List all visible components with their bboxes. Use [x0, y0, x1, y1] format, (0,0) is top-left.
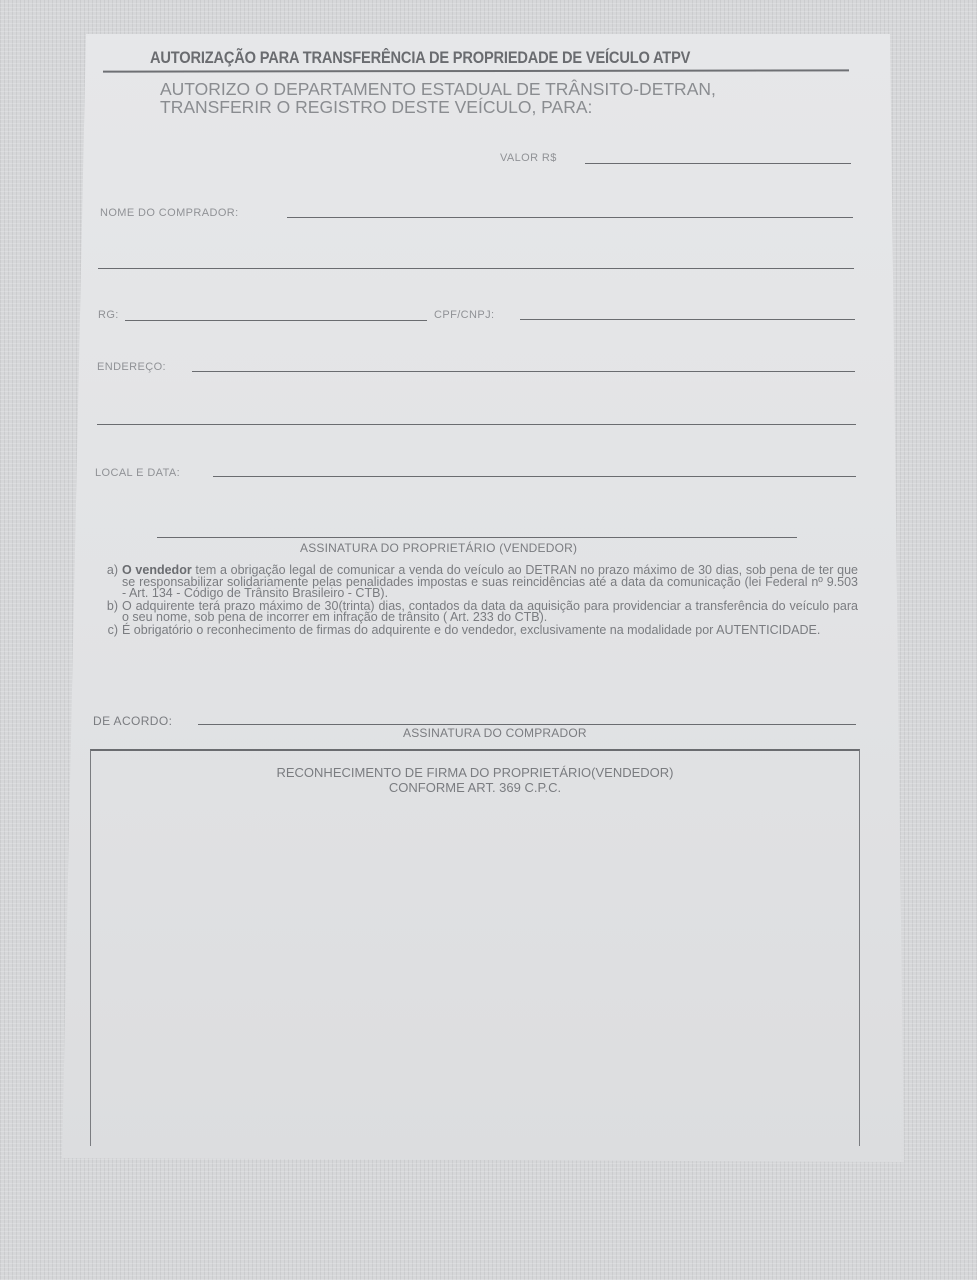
rg-field[interactable]	[125, 320, 427, 321]
note-a: a) O vendedor tem a obrigação legal de c…	[98, 565, 858, 600]
seller-signature-caption: ASSINATURA DO PROPRIETÁRIO (VENDEDOR)	[300, 541, 577, 555]
note-b-text: O adquirente terá prazo máximo de 30(tri…	[122, 601, 858, 624]
authorization-intro: AUTORIZO O DEPARTAMENTO ESTADUAL DE TRÂN…	[160, 80, 716, 116]
address-field[interactable]	[192, 371, 855, 372]
place-date-field[interactable]	[213, 476, 856, 477]
buyer-signature-line[interactable]	[198, 724, 856, 725]
buyer-name-field[interactable]	[287, 217, 853, 218]
intro-line-1: AUTORIZO O DEPARTAMENTO ESTADUAL DE TRÂN…	[160, 80, 716, 98]
notary-box-title: RECONHECIMENTO DE FIRMA DO PROPRIETÁRIO(…	[91, 765, 859, 795]
cpf-cnpj-field[interactable]	[520, 319, 855, 320]
form-title: AUTORIZAÇÃO PARA TRANSFERÊNCIA DE PROPRI…	[150, 48, 690, 68]
buyer-name-label: NOME DO COMPRADOR:	[100, 207, 239, 219]
note-a-key: a)	[98, 565, 122, 600]
valor-label: VALOR R$	[500, 152, 557, 164]
notary-title-line-1: RECONHECIMENTO DE FIRMA DO PROPRIETÁRIO(…	[91, 765, 859, 780]
notary-recognition-box[interactable]: RECONHECIMENTO DE FIRMA DO PROPRIETÁRIO(…	[90, 749, 860, 1146]
note-b: b) O adquirente terá prazo máximo de 30(…	[98, 601, 858, 624]
seller-signature-line[interactable]	[157, 537, 797, 538]
buyer-name-continuation-field[interactable]	[98, 268, 854, 269]
note-c-key: c)	[98, 625, 122, 637]
legal-notes: a) O vendedor tem a obrigação legal de c…	[98, 565, 858, 637]
rg-label: RG:	[98, 309, 119, 321]
address-label: ENDEREÇO:	[97, 361, 166, 373]
cpf-cnpj-label: CPF/CNPJ:	[434, 309, 494, 321]
note-a-text: O vendedor tem a obrigação legal de comu…	[122, 565, 858, 600]
note-b-key: b)	[98, 601, 122, 624]
note-c: c) É obrigatório o reconhecimento de fir…	[98, 625, 858, 637]
valor-field[interactable]	[585, 163, 851, 164]
note-c-text: É obrigatório o reconhecimento de firmas…	[122, 625, 858, 637]
agreement-label: DE ACORDO:	[93, 714, 172, 728]
notary-title-line-2: CONFORME ART. 369 C.P.C.	[91, 780, 859, 795]
note-a-body: tem a obrigação legal de comunicar a ven…	[122, 563, 858, 600]
intro-line-2: TRANSFERIR O REGISTRO DESTE VEÍCULO, PAR…	[160, 98, 716, 116]
address-continuation-field[interactable]	[97, 424, 856, 425]
place-date-label: LOCAL E DATA:	[95, 467, 180, 479]
buyer-signature-caption: ASSINATURA DO COMPRADOR	[403, 726, 587, 740]
